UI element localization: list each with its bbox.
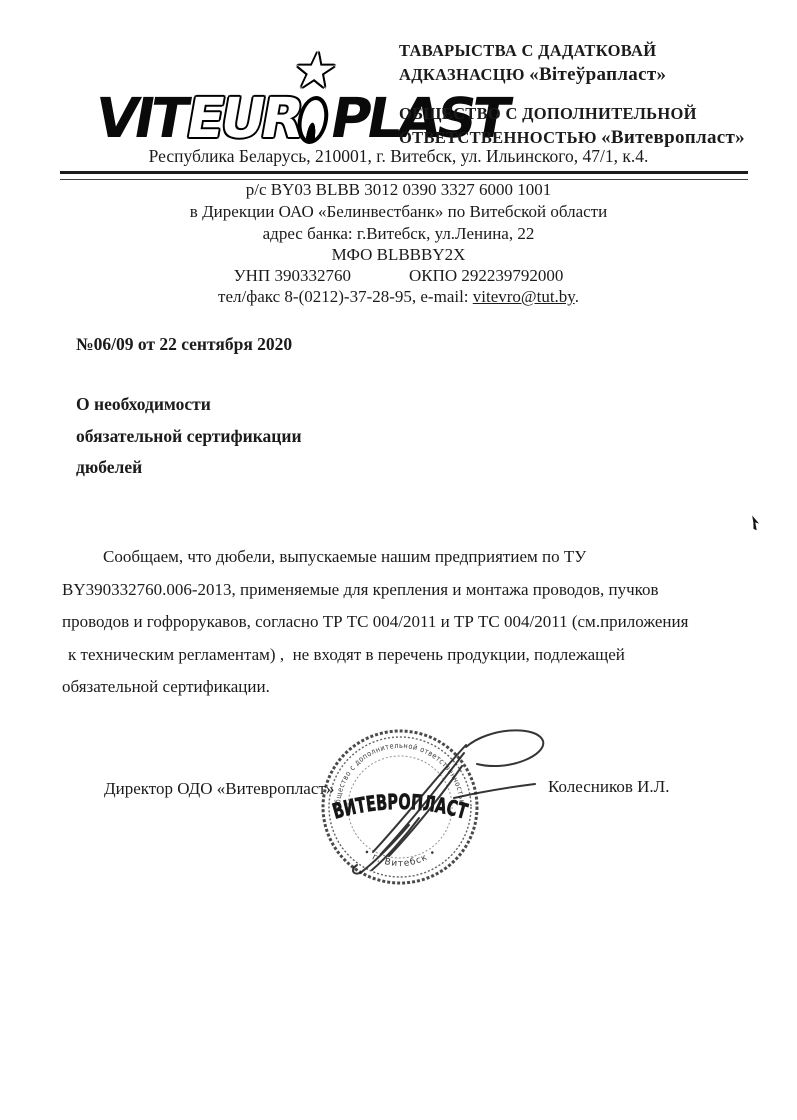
body-line-3: проводов и гофрорукавов, согласно ТР ТС …	[62, 606, 727, 639]
phone-email-line: тел/факс 8-(0212)-37-28-95, e-mail: vite…	[0, 287, 797, 307]
subject-line-2: обязательной сертификации	[76, 426, 302, 447]
mfo-code: МФО BLBBBY2X	[0, 245, 797, 265]
logo-text-eur: EUR	[182, 91, 304, 146]
okpo-code: ОКПО 292239792000	[409, 266, 563, 286]
scanned-letter-page: VIT EUR ★ PLAST ТАВАРЫСТВА С ДАДАТКОВАЙ …	[0, 0, 797, 1120]
body-line-2: BY390332760.006-2013, применяемые для кр…	[62, 574, 727, 607]
letter-ref-number: №06/09 от 22 сентября 2020	[76, 334, 292, 355]
company-name-by: «Вітеўрапласт»	[529, 64, 666, 85]
company-name-by-line2: АДКАЗНАСЦЮ «Вітеўрапласт»	[399, 62, 779, 88]
body-line-4: к техническим регламентам) , не входят в…	[62, 639, 727, 672]
unp-code: УНП 390332760	[234, 266, 351, 286]
company-header-block: ТАВАРЫСТВА С ДАДАТКОВАЙ АДКАЗНАСЦЮ «Віте…	[399, 40, 779, 151]
unp-okpo-row: УНП 390332760 ОКПО 292239792000	[0, 266, 797, 286]
star-icon: ★	[290, 48, 340, 96]
header-divider	[60, 171, 748, 180]
by-prefix: АДКАЗНАСЦЮ	[399, 65, 529, 84]
signer-name: Колесников И.Л.	[548, 777, 669, 797]
letter-body: Сообщаем, что дюбели, выпускаемые нашим …	[62, 541, 727, 704]
company-address: Республика Беларусь, 210001, г. Витебск,…	[0, 146, 797, 167]
logo-oval-shape	[295, 96, 332, 144]
bank-name: в Дирекции ОАО «Белинвестбанк» по Витебс…	[0, 202, 797, 222]
company-stamp: общество с дополнительной ответственност…	[313, 720, 553, 895]
company-name-by-line1: ТАВАРЫСТВА С ДАДАТКОВАЙ	[399, 40, 779, 62]
ru-prefix: ОТВЕТСТВЕННОСТЬЮ	[399, 128, 601, 147]
ink-speck	[748, 515, 762, 533]
spacer	[399, 88, 779, 103]
phone-fax: тел/факс 8-(0212)-37-28-95, e-mail:	[218, 287, 473, 306]
bank-account: р/с BY03 BLBB 3012 0390 3327 6000 1001	[0, 180, 797, 200]
email-period: .	[575, 287, 579, 306]
email-address: vitevro@tut.by	[473, 287, 575, 306]
company-name-ru-line1: ОБЩЕСТВО С ДОПОЛНИТЕЛЬНОЙ	[399, 103, 779, 125]
signer-title: Директор ОДО «Витевропласт»	[104, 779, 334, 799]
body-line-1: Сообщаем, что дюбели, выпускаемые нашим …	[62, 541, 727, 574]
subject-line-3: дюбелей	[76, 457, 142, 478]
body-line-5: обязательной сертификации.	[62, 671, 727, 704]
stamp-center-text: ВИТЕВРОПЛАСТ	[330, 790, 471, 824]
logo-text-vit: VIT	[91, 91, 189, 146]
company-logo: VIT EUR ★ PLAST	[96, 46, 386, 146]
subject-line-1: О необходимости	[76, 394, 211, 415]
bank-address: адрес банка: г.Витебск, ул.Ленина, 22	[0, 224, 797, 244]
